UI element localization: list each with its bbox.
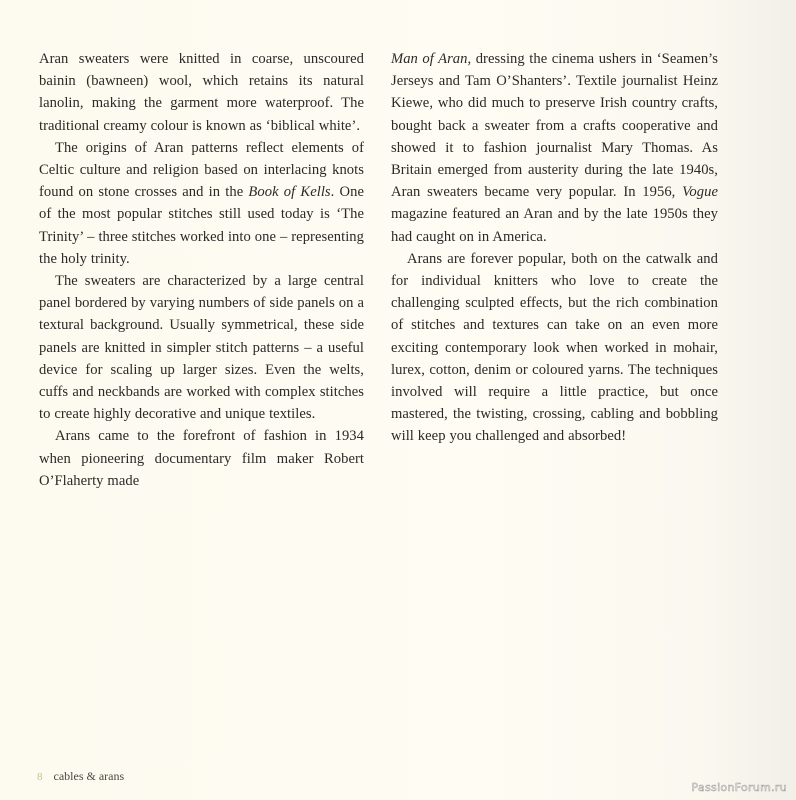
text-column-left: Aran sweaters were knitted in coarse, un…: [39, 48, 364, 492]
paragraph: Arans came to the forefront of fashion i…: [39, 425, 364, 492]
paragraph-text: Aran sweaters were knitted in coarse, un…: [39, 51, 364, 134]
paragraph: The origins of Aran patterns reflect ele…: [39, 137, 364, 270]
page-footer: 8 cables & arans: [37, 769, 124, 784]
paragraph: The sweaters are characterized by a larg…: [39, 270, 364, 425]
paragraph-text: Arans came to the forefront of fashion i…: [39, 428, 364, 488]
section-title: cables & arans: [54, 769, 125, 783]
paragraph-text: Arans are forever popular, both on the c…: [391, 251, 718, 445]
paragraph: Aran sweaters were knitted in coarse, un…: [39, 48, 364, 137]
paragraph: Man of Aran, dressing the cinema ushers …: [391, 48, 718, 248]
italic-title-text: Vogue: [682, 184, 718, 200]
italic-title-text: Man of Aran: [391, 51, 468, 67]
paragraph: Arans are forever popular, both on the c…: [391, 248, 718, 448]
paragraph-text: , dressing the cinema ushers in ‘Seamen’…: [391, 51, 718, 200]
book-page: Aran sweaters were knitted in coarse, un…: [0, 0, 796, 800]
page-number: 8: [37, 771, 43, 783]
paragraph-text: magazine featured an Aran and by the lat…: [391, 206, 718, 244]
watermark: PassionForum.ru: [692, 781, 787, 794]
text-column-right: Man of Aran, dressing the cinema ushers …: [391, 48, 718, 448]
paragraph-text: The sweaters are characterized by a larg…: [39, 273, 364, 422]
italic-title-text: Book of Kells: [248, 184, 330, 200]
